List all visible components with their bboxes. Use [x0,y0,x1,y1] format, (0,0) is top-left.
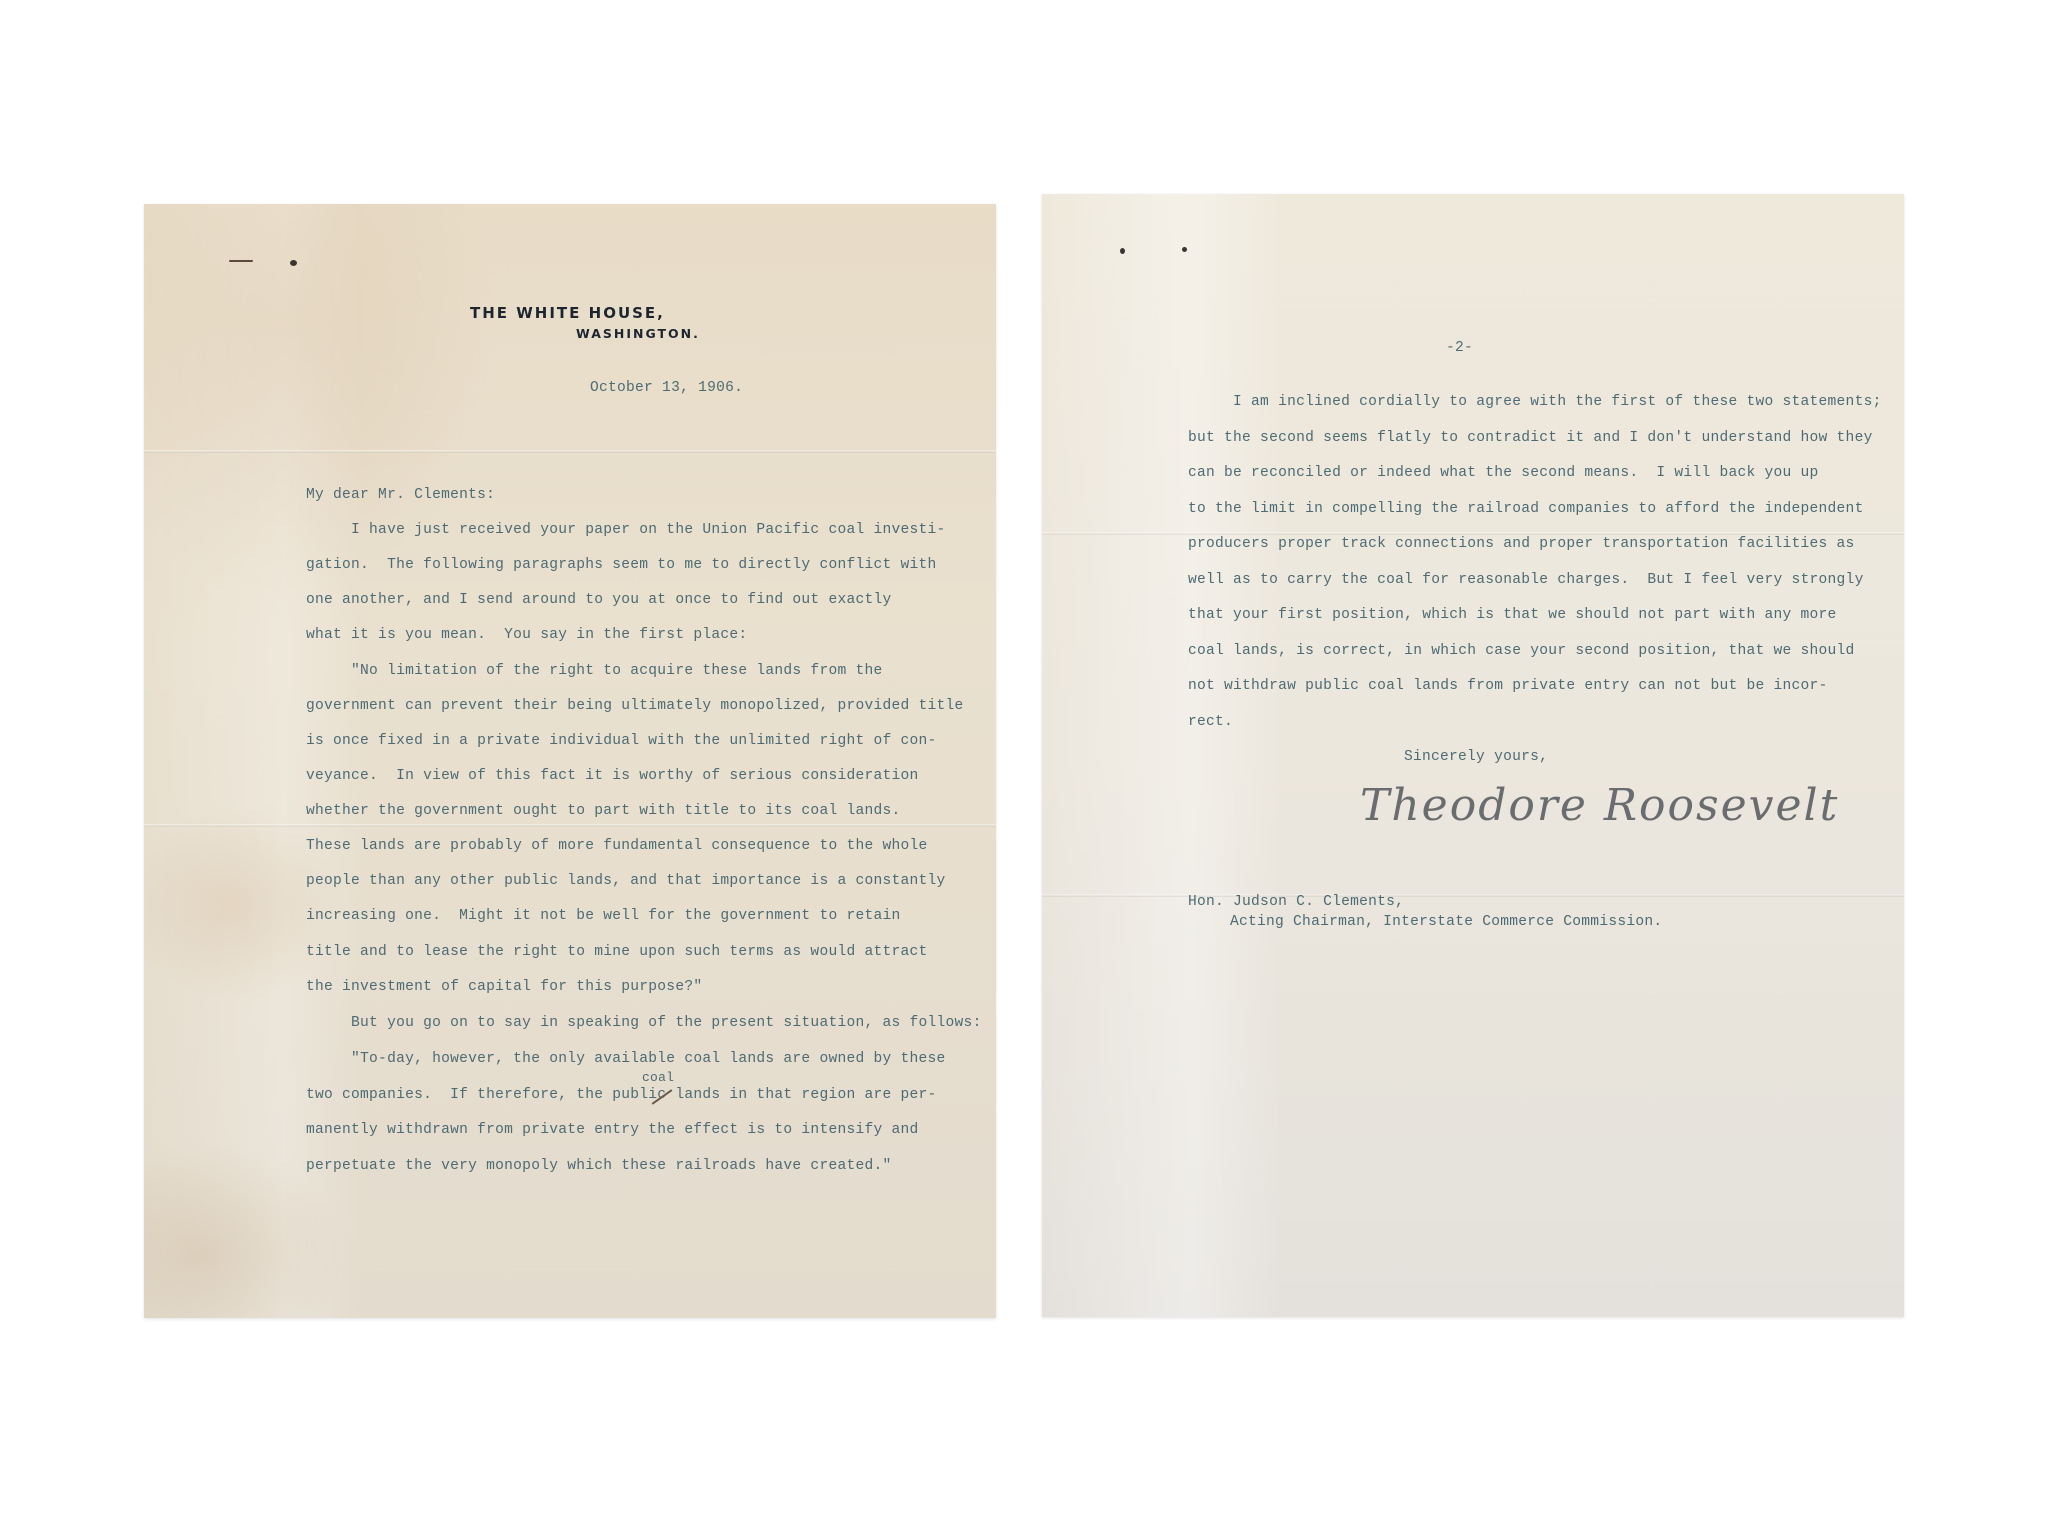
interlinear-insert: coal [642,1070,674,1085]
letter-page-2: -2- I am inclined cordially to agree wit… [1042,194,1904,1317]
quote-line: veyance. In view of this fact it is wort… [306,768,919,784]
recipient-name: Hon. Judson C. Clements, [1188,894,1404,910]
body-line: I have just received your paper on the U… [306,522,946,538]
quote-line: government can prevent their being ultim… [306,698,964,714]
quote-line: "To-day, however, the only available coa… [306,1051,946,1067]
fold-crease [1042,532,1904,535]
body-line: can be reconciled or indeed what the sec… [1188,465,1819,481]
quote-line: increasing one. Might it not be well for… [306,908,901,924]
body-line: what it is you mean. You say in the firs… [306,627,747,643]
quote-line: people than any other public lands, and … [306,873,946,889]
quote-line: is once fixed in a private individual wi… [306,733,937,749]
quote-line: the investment of capital for this purpo… [306,979,702,995]
recipient-title: Acting Chairman, Interstate Commerce Com… [1230,914,1662,930]
body-line: rect. [1188,714,1233,730]
letter-page-1: THE WHITE HOUSE, WASHINGTON. October 13,… [144,204,996,1318]
body-line: one another, and I send around to you at… [306,592,892,608]
body-line: But you go on to say in speaking of the … [306,1015,982,1031]
staple-hole-icon [1182,247,1187,252]
fold-crease [144,450,996,453]
fold-crease [144,824,996,827]
letterhead-title: THE WHITE HOUSE, [470,304,665,322]
body-line: but the second seems flatly to contradic… [1188,430,1873,446]
body-line: not withdraw public coal lands from priv… [1188,678,1828,694]
quote-line: title and to lease the right to mine upo… [306,944,928,960]
body-line: to the limit in compelling the railroad … [1188,501,1864,517]
closing: Sincerely yours, [1404,749,1548,765]
body-line: that your first position, which is that … [1188,607,1837,623]
body-line: producers proper track connections and p… [1188,536,1855,552]
letterhead-city: WASHINGTON. [576,326,700,341]
body-line: well as to carry the coal for reasonable… [1188,572,1864,588]
quote-line: two companies. If therefore, the public … [306,1087,937,1103]
staple-hole-icon [290,260,297,266]
staple-mark-icon [229,260,253,262]
quote-line: manently withdrawn from private entry th… [306,1122,919,1138]
signature: Theodore Roosevelt [1360,780,1839,831]
letter-date: October 13, 1906. [590,380,743,396]
quote-line: whether the government ought to part wit… [306,803,901,819]
body-line: gation. The following paragraphs seem to… [306,557,937,573]
body-line: coal lands, is correct, in which case yo… [1188,643,1855,659]
salutation: My dear Mr. Clements: [306,487,495,503]
quote-line: These lands are probably of more fundame… [306,838,928,854]
fold-crease [1042,894,1904,897]
page-number: -2- [1446,340,1473,356]
quote-line: "No limitation of the right to acquire t… [306,663,883,679]
body-line: I am inclined cordially to agree with th… [1188,394,1882,410]
staple-hole-icon [1120,248,1125,254]
quote-line: perpetuate the very monopoly which these… [306,1158,892,1174]
